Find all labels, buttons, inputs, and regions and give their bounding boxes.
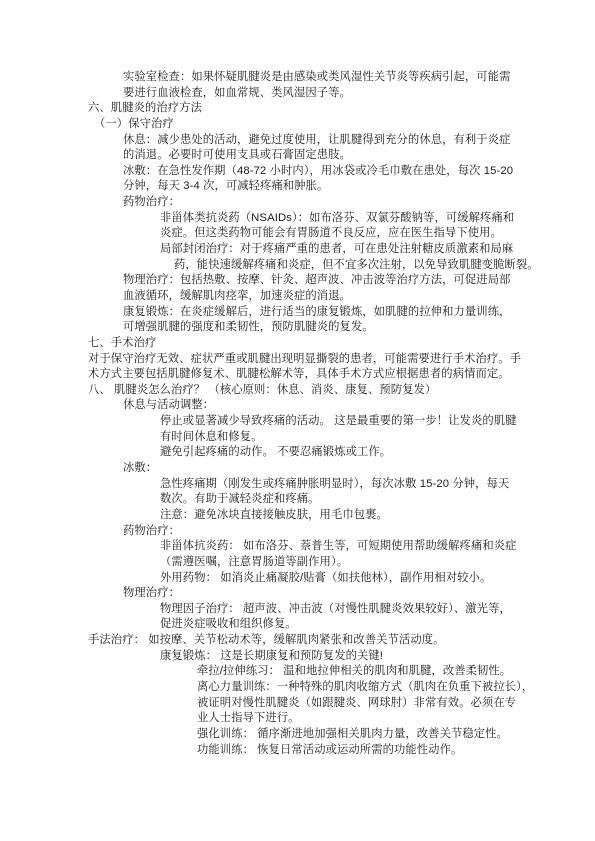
text-line: 六、肌腱炎的治疗方法 xyxy=(86,101,546,117)
text-line: 手法治疗： 如按摩、关节松动术等，缓解肌肉紧张和改善关节活动度。 xyxy=(86,633,546,649)
text-line: 可增强肌腱的强度和柔韧性，预防肌腱炎的复发。 xyxy=(86,320,546,336)
text-line: 物理治疗：包括热敷、按摩、针灸、超声波、冲击波等治疗方法，可促进局部 xyxy=(86,273,546,289)
text-line: 急性疼痛期（刚发生或疼痛肿胀明显时），每次冰敷 15-20 分钟，每天 xyxy=(86,477,546,493)
text-line: 炎症。但这类药物可能会有胃肠道不良反应，应在医生指导下使用。 xyxy=(86,226,546,242)
text-line: 药物治疗： xyxy=(86,195,546,211)
text-line: 要进行血液检查，如血常规、类风湿因子等。 xyxy=(86,86,546,102)
document-page: 实验室检查：如果怀疑肌腱炎是由感染或类风湿性关节炎等疾病引起，可能需要进行血液检… xyxy=(0,0,595,841)
text-line: 血液循环，缓解肌肉痉挛，加速炎症的消退。 xyxy=(86,289,546,305)
text-line: 避免引起疼痛的动作。 不要忍痛锻炼或工作。 xyxy=(86,445,546,461)
text-line: 康复锻炼：在炎症缓解后，进行适当的康复锻炼，如肌腱的拉伸和力量训练， xyxy=(86,305,546,321)
text-line: 休息：减少患处的活动，避免过度使用，让肌腱得到充分的休息，有利于炎症 xyxy=(86,133,546,149)
text-line: 数次。有助于减轻炎症和疼痛。 xyxy=(86,492,546,508)
text-line: 冰敷：在急性发作期（48-72 小时内），用冰袋或冷毛巾敷在患处，每次 15-2… xyxy=(86,164,546,180)
text-line: 冰敷： xyxy=(86,461,546,477)
text-line: 外用药物： 如消炎止痛凝胶/贴膏（如扶他林），副作用相对较小。 xyxy=(86,571,546,587)
text-line: 药，能快速缓解疼痛和炎症，但不宜多次注射，以免导致肌腱变脆断裂。 xyxy=(86,258,546,274)
text-line: 非甾体类抗炎药（NSAIDs）：如布洛芬、双氯芬酸钠等，可缓解疼痛和 xyxy=(86,211,546,227)
text-line: 分钟，每天 3-4 次，可减轻疼痛和肿胀。 xyxy=(86,179,546,195)
text-line: 被证明对慢性肌腱炎（如跟腱炎、网球肘）非常有效。必须在专 xyxy=(86,696,546,712)
text-line: 实验室检查：如果怀疑肌腱炎是由感染或类风湿性关节炎等疾病引起，可能需 xyxy=(86,70,546,86)
text-line: 离心力量训练：一种特殊的肌肉收缩方式（肌肉在负重下被拉长）， xyxy=(86,680,546,696)
text-line: 牵拉/拉伸练习： 温和地拉伸相关的肌肉和肌腱，改善柔韧性。 xyxy=(86,664,546,680)
text-line: 注意：避免冰块直接接触皮肤，用毛巾包裹。 xyxy=(86,508,546,524)
text-line: 业人士指导下进行。 xyxy=(86,711,546,727)
text-line: 促进炎症吸收和组织修复。 xyxy=(86,617,546,633)
text-line: 药物治疗： xyxy=(86,524,546,540)
text-line: 术方式主要包括肌腱修复术、肌腱松解术等，具体手术方式应根据患者的病情而定。 xyxy=(86,367,546,383)
text-line: 对于保守治疗无效、症状严重或肌腱出现明显撕裂的患者，可能需要进行手术治疗。手 xyxy=(86,352,546,368)
text-line: 有时间休息和修复。 xyxy=(86,430,546,446)
text-line: 强化训练： 循序渐进地加强相关肌肉力量，改善关节稳定性。 xyxy=(86,727,546,743)
text-line: 休息与活动调整： xyxy=(86,398,546,414)
text-line: 非甾体抗炎药： 如布洛芬、萘普生等，可短期使用帮助缓解疼痛和炎症 xyxy=(86,539,546,555)
document-text: 实验室检查：如果怀疑肌腱炎是由感染或类风湿性关节炎等疾病引起，可能需要进行血液检… xyxy=(86,70,546,758)
text-line: 物理因子治疗： 超声波、冲击波（对慢性肌腱炎效果较好）、激光等， xyxy=(86,602,546,618)
text-line: （一）保守治疗 xyxy=(86,117,546,133)
text-line: 的消退。必要时可使用支具或石膏固定患肢。 xyxy=(86,148,546,164)
text-line: （需遵医嘱，注意胃肠道等副作用）。 xyxy=(86,555,546,571)
text-line: 七、手术治疗 xyxy=(86,336,546,352)
text-line: 八、 肌腱炎怎么治疗？ （核心原则：休息、消炎、康复、预防复发） xyxy=(86,383,546,399)
text-line: 停止或显著减少导致疼痛的活动。 这是最重要的第一步！让发炎的肌腱 xyxy=(86,414,546,430)
text-line: 功能训练： 恢复日常活动或运动所需的功能性动作。 xyxy=(86,743,546,759)
text-line: 局部封闭治疗：对于疼痛严重的患者，可在患处注射糖皮质激素和局麻 xyxy=(86,242,546,258)
text-line: 物理治疗： xyxy=(86,586,546,602)
text-line: 康复锻炼： 这是长期康复和预防复发的关键! xyxy=(86,649,546,665)
